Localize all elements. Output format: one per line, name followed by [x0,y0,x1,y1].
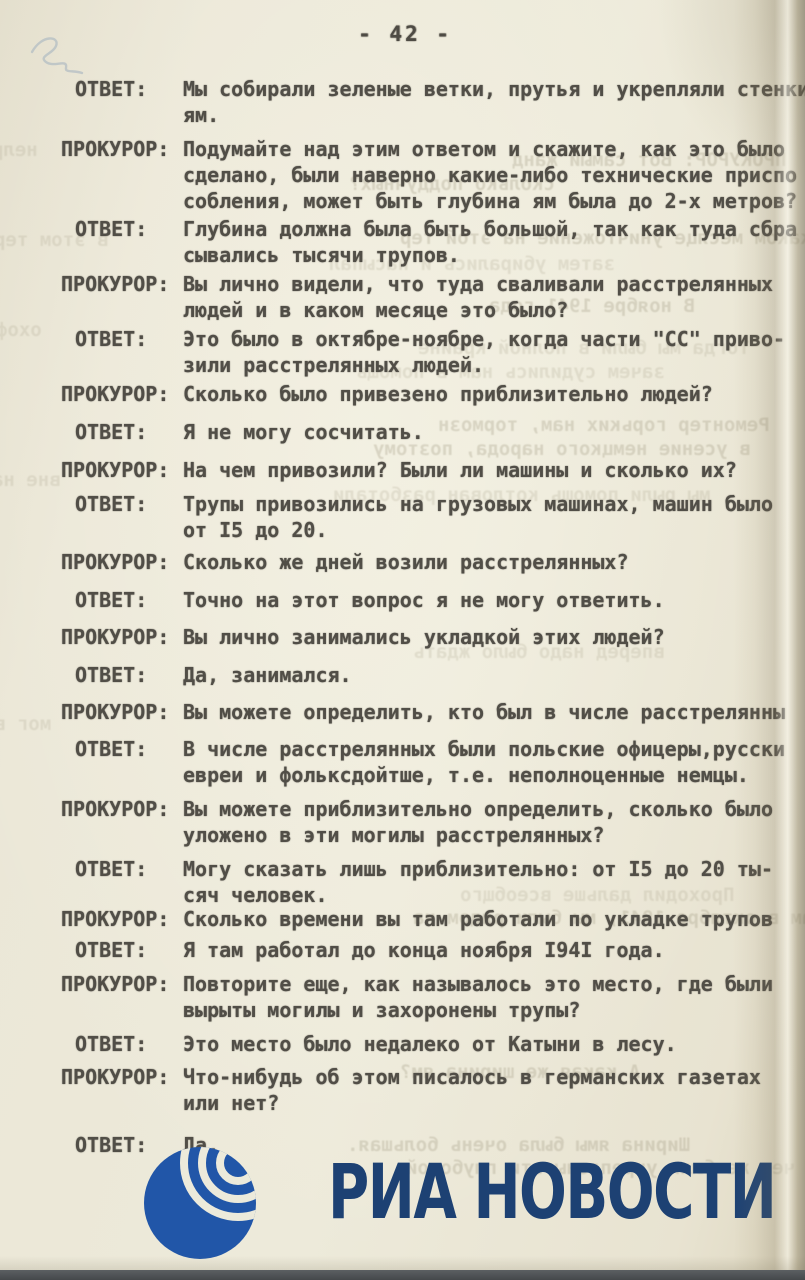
ghost-text: мог в [0,712,51,737]
transcript-block: ОТВЕТ:Мы собирали зеленые ветки, прутья … [61,76,805,128]
transcript-block: ОТВЕТ:Да, занимался. [61,662,805,688]
answer-text: Глубина должна была быть большой, так ка… [183,216,805,268]
ghost-text: вне на [0,468,61,493]
speaker-label: ОТВЕТ: [61,856,183,882]
speaker-label: ОТВЕТ: [61,1031,183,1057]
transcript-block: ПРОКУРОР:Сколько времени вы там работали… [61,906,805,932]
page-number: - 42 - [300,22,510,46]
speaker-label: ОТВЕТ: [61,216,183,242]
speaker-label: ПРОКУРОР: [61,271,183,297]
speaker-label: ОТВЕТ: [61,736,183,762]
question-text: Что-нибудь об этом писалось в германских… [183,1064,805,1116]
answer-text: Мы собирали зеленые ветки, прутья и укре… [183,76,805,128]
speaker-label: ПРОКУРОР: [61,624,183,650]
speaker-label: ПРОКУРОР: [61,549,183,575]
globe-icon [142,1145,258,1261]
question-text: Сколько времени вы там работали по уклад… [183,906,805,932]
answer-text: Я не могу сосчитать. [183,419,805,445]
question-text: Вы можете определить, кто был в числе ра… [183,699,805,725]
speaker-label: ОТВЕТ: [61,937,183,963]
transcript-block: ОТВЕТ:Глубина должна была быть большой, … [61,216,805,268]
answer-text: Да, занимался. [183,662,805,688]
speaker-label: ПРОКУРОР: [61,381,183,407]
transcript-block: ПРОКУРОР:Что-нибудь об этом писалось в г… [61,1064,805,1116]
ria-novosti-watermark: РИА НОВОСТИ [0,1140,805,1270]
speaker-label: ПРОКУРОР: [61,796,183,822]
transcript-block: ОТВЕТ:Это место было недалеко от Катыни … [61,1031,805,1057]
question-text: Подумайте над этим ответом и скажите, ка… [183,136,805,214]
ghost-text: охоф [0,318,42,343]
answer-text: Это было в октябре-ноябре, когда части "… [183,326,805,378]
question-text: Вы лично занимались укладкой этих людей? [183,624,805,650]
pencil-mark [26,30,88,76]
speaker-label: ПРОКУРОР: [61,699,183,725]
answer-text: Я там работал до конца ноября I94I года. [183,937,805,963]
ghost-text: нелр [0,138,38,163]
answer-text: Это место было недалеко от Катыни в лесу… [183,1031,805,1057]
answer-text: В числе расстрелянных были польские офиц… [183,736,805,788]
speaker-label: ОТВЕТ: [61,491,183,517]
question-text: Вы можете приблизительно определить, ско… [183,796,805,848]
transcript-block: ОТВЕТ:Точно на этот вопрос я не могу отв… [61,587,805,613]
question-text: Сколько было привезено приблизительно лю… [183,381,805,407]
speaker-label: ПРОКУРОР: [61,457,183,483]
transcript-block: ПРОКУРОР:Сколько было привезено приблизи… [61,381,805,407]
scan-background-bar [0,1270,805,1280]
speaker-label: ОТВЕТ: [61,76,183,102]
answer-text: Точно на этот вопрос я не могу ответить. [183,587,805,613]
transcript-block: ОТВЕТ:Это было в октябре-ноябре, когда ч… [61,326,805,378]
transcript-block: ОТВЕТ:Я там работал до конца ноября I94I… [61,937,805,963]
speaker-label: ОТВЕТ: [61,326,183,352]
transcript-block: ОТВЕТ:Трупы привозились на грузовых маши… [61,491,805,543]
transcript-block: ПРОКУРОР:На чем привозили? Были ли машин… [61,457,805,483]
speaker-label: ПРОКУРОР: [61,971,183,997]
transcript-block: ПРОКУРОР:Вы можете определить, кто был в… [61,699,805,725]
logo-wordmark: РИА НОВОСТИ [328,1154,775,1230]
transcript-block: ПРОКУРОР:Сколько же дней возили расстрел… [61,549,805,575]
speaker-label: ОТВЕТ: [61,662,183,688]
transcript-block: ПРОКУРОР:Вы можете приблизительно опреде… [61,796,805,848]
transcript-block: ПРОКУРОР:Подумайте над этим ответом и ск… [61,136,805,214]
transcript-block: ОТВЕТ:Я не могу сосчитать. [61,419,805,445]
speaker-label: ПРОКУРОР: [61,136,183,162]
question-text: Сколько же дней возили расстрелянных? [183,549,805,575]
transcript-block: ПРОКУРОР:Повторите еще, как называлось э… [61,971,805,1023]
question-text: На чем привозили? Были ли машины и сколь… [183,457,805,483]
question-text: Повторите еще, как называлось это место,… [183,971,805,1023]
question-text: Вы лично видели, что туда сваливали расс… [183,271,805,323]
scanned-document-page: ПРОКУРОР: Вот самый жанд сколько поддучн… [0,0,805,1280]
answer-text: Могу сказать лишь приблизительно: от I5 … [183,856,805,908]
transcript-block: ОТВЕТ:В числе расстрелянных были польски… [61,736,805,788]
answer-text: Трупы привозились на грузовых машинах, м… [183,491,805,543]
speaker-label: ОТВЕТ: [61,419,183,445]
transcript-block: ПРОКУРОР:Вы лично видели, что туда свали… [61,271,805,323]
speaker-label: ПРОКУРОР: [61,906,183,932]
speaker-label: ПРОКУРОР: [61,1064,183,1090]
transcript-block: ПРОКУРОР:Вы лично занимались укладкой эт… [61,624,805,650]
transcript-block: ОТВЕТ:Могу сказать лишь приблизительно: … [61,856,805,908]
speaker-label: ОТВЕТ: [61,587,183,613]
